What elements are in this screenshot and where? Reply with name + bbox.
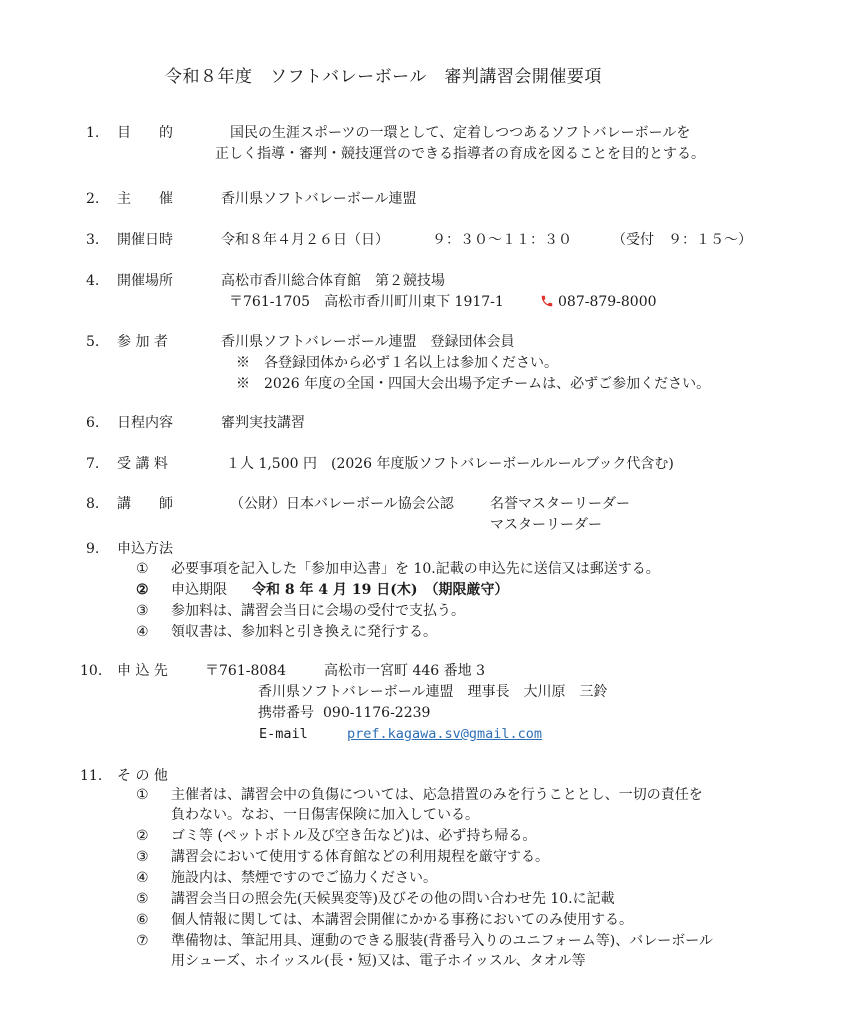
purpose-line-2: 正しく指導・審判・競技運営のできる指導者の育成を図ることを目的とする。	[215, 145, 705, 163]
list-item-mark: ②	[136, 827, 149, 845]
section-number: 2.	[86, 190, 99, 208]
section-number: 9.	[86, 540, 99, 558]
list-item-mark: ①	[136, 786, 149, 804]
reception-time: （受付 ９：１５〜）	[612, 231, 752, 249]
list-item-text: 用シューズ、ホイッスル(長・短)又は、電子ホイッスル、タオル等	[171, 952, 586, 970]
contact-address: 高松市一宮町 446 番地 3	[324, 662, 485, 680]
list-item-mark: ④	[136, 869, 149, 887]
deadline-label: 申込期限	[171, 581, 227, 599]
section-label: 日程内容	[117, 414, 173, 432]
section-number: 5.	[86, 333, 99, 351]
fee-value: １人 1,500 円 (2026 年度版ソフトバレーボールルールブック代含む)	[226, 455, 674, 473]
list-item-text: 講習会において使用する体育館などの利用規程を厳守する。	[171, 848, 549, 866]
section-label: 受 講 料	[117, 455, 168, 473]
list-item-mark: ①	[136, 560, 149, 578]
section-label: 開催場所	[117, 272, 173, 290]
list-item-text: 主催者は、講習会中の負傷については、応急措置のみを行うこととし、一切の責任を	[171, 786, 703, 804]
venue-name: 高松市香川総合体育館 第２競技場	[221, 272, 445, 290]
list-item-mark: ⑥	[136, 911, 149, 929]
list-item-mark: ③	[136, 848, 149, 866]
section-label: 講 師	[117, 495, 173, 513]
schedule-value: 審判実技講習	[221, 414, 305, 432]
contact-person: 香川県ソフトバレーボール連盟 理事長 大川原 三鈴	[258, 683, 607, 701]
instructor-org: （公財）日本バレーボール協会公認	[230, 495, 454, 513]
participants-note-1: ※ 各登録団体から必ず１名以上は参加ください。	[236, 354, 558, 372]
venue-phone-number: 087-879-8000	[558, 294, 657, 310]
venue-address: 〒761-1705 高松市香川町川東下 1917-1	[229, 293, 504, 311]
mobile-label: 携帯番号	[258, 704, 314, 722]
mobile-number: 090-1176-2239	[323, 704, 430, 722]
event-time: ９：３０〜１１：３０	[432, 231, 572, 249]
instructor-title-1: 名誉マスターリーダー	[490, 495, 630, 513]
page-title: 令和８年度 ソフトバレーボール 審判講習会開催要項	[165, 66, 602, 88]
list-item-text: 参加料は、講習会当日に会場の受付で支払う。	[171, 602, 465, 620]
section-number: 3.	[86, 231, 99, 249]
section-number: 6.	[86, 414, 99, 432]
section-label: 開催日時	[117, 231, 173, 249]
section-label: 申 込 先	[117, 662, 168, 680]
section-number: 4.	[86, 272, 99, 290]
event-date: 令和８年４月２６日（日）	[221, 231, 389, 249]
venue-phone: 087-879-8000	[540, 293, 657, 311]
email-link[interactable]: pref.kagawa.sv@gmail.com	[347, 725, 542, 743]
section-label: 目 的	[117, 124, 173, 142]
list-item-text: 個人情報に関しては、本講習会開催にかかる事務においてのみ使用する。	[171, 911, 633, 929]
email-label: E-mail	[259, 725, 308, 743]
postal-code: 〒761-8084	[205, 662, 286, 680]
section-label: そ の 他	[117, 767, 168, 785]
section-number: 8.	[86, 495, 99, 513]
section-number: 1.	[86, 124, 99, 142]
list-item-text: 領収書は、参加料と引き換えに発行する。	[171, 623, 437, 641]
section-label: 申込方法	[117, 540, 173, 558]
list-item-text: 講習会当日の照会先(天候異変等)及びその他の問い合わせ先 10.に記載	[171, 890, 615, 908]
list-item-text: 施設内は、禁煙ですのでご協力ください。	[171, 869, 437, 887]
participants-note-2: ※ 2026 年度の全国・四国大会出場予定チームは、必ずご参加ください。	[236, 375, 710, 393]
participants-value: 香川県ソフトバレーボール連盟 登録団体会員	[221, 333, 514, 351]
phone-icon	[540, 294, 554, 308]
list-item-mark: ②	[136, 581, 149, 599]
list-item-text: ゴミ等 (ペットボトル及び空き缶など)は、必ず持ち帰る。	[171, 827, 536, 845]
section-number: 11.	[80, 767, 102, 785]
list-item-mark: ⑤	[136, 890, 149, 908]
list-item-text: 必要事項を記入した「参加申込書」を 10.記載の申込先に送信又は郵送する。	[171, 560, 660, 578]
section-number: 7.	[86, 455, 99, 473]
section-label: 参 加 者	[117, 333, 168, 351]
section-label: 主 催	[117, 190, 173, 208]
list-item-mark: ③	[136, 602, 149, 620]
purpose-line-1: 国民の生涯スポーツの一環として、定着しつつあるソフトバレーボールを	[230, 124, 690, 142]
deadline-value: 令和 8 年 4 月 19 日(木) （期限厳守）	[252, 581, 508, 599]
list-item-mark: ⑦	[136, 932, 149, 950]
list-item-text: 準備物は、筆記用具、運動のできる服装(背番号入りのユニフォーム等)、バレーボール	[171, 932, 713, 950]
organizer-name: 香川県ソフトバレーボール連盟	[221, 190, 416, 208]
instructor-title-2: マスターリーダー	[490, 516, 602, 534]
list-item-text: 負わない。なお、一日傷害保険に加入している。	[171, 806, 479, 824]
list-item-mark: ④	[136, 623, 149, 641]
section-number: 10.	[80, 662, 102, 680]
